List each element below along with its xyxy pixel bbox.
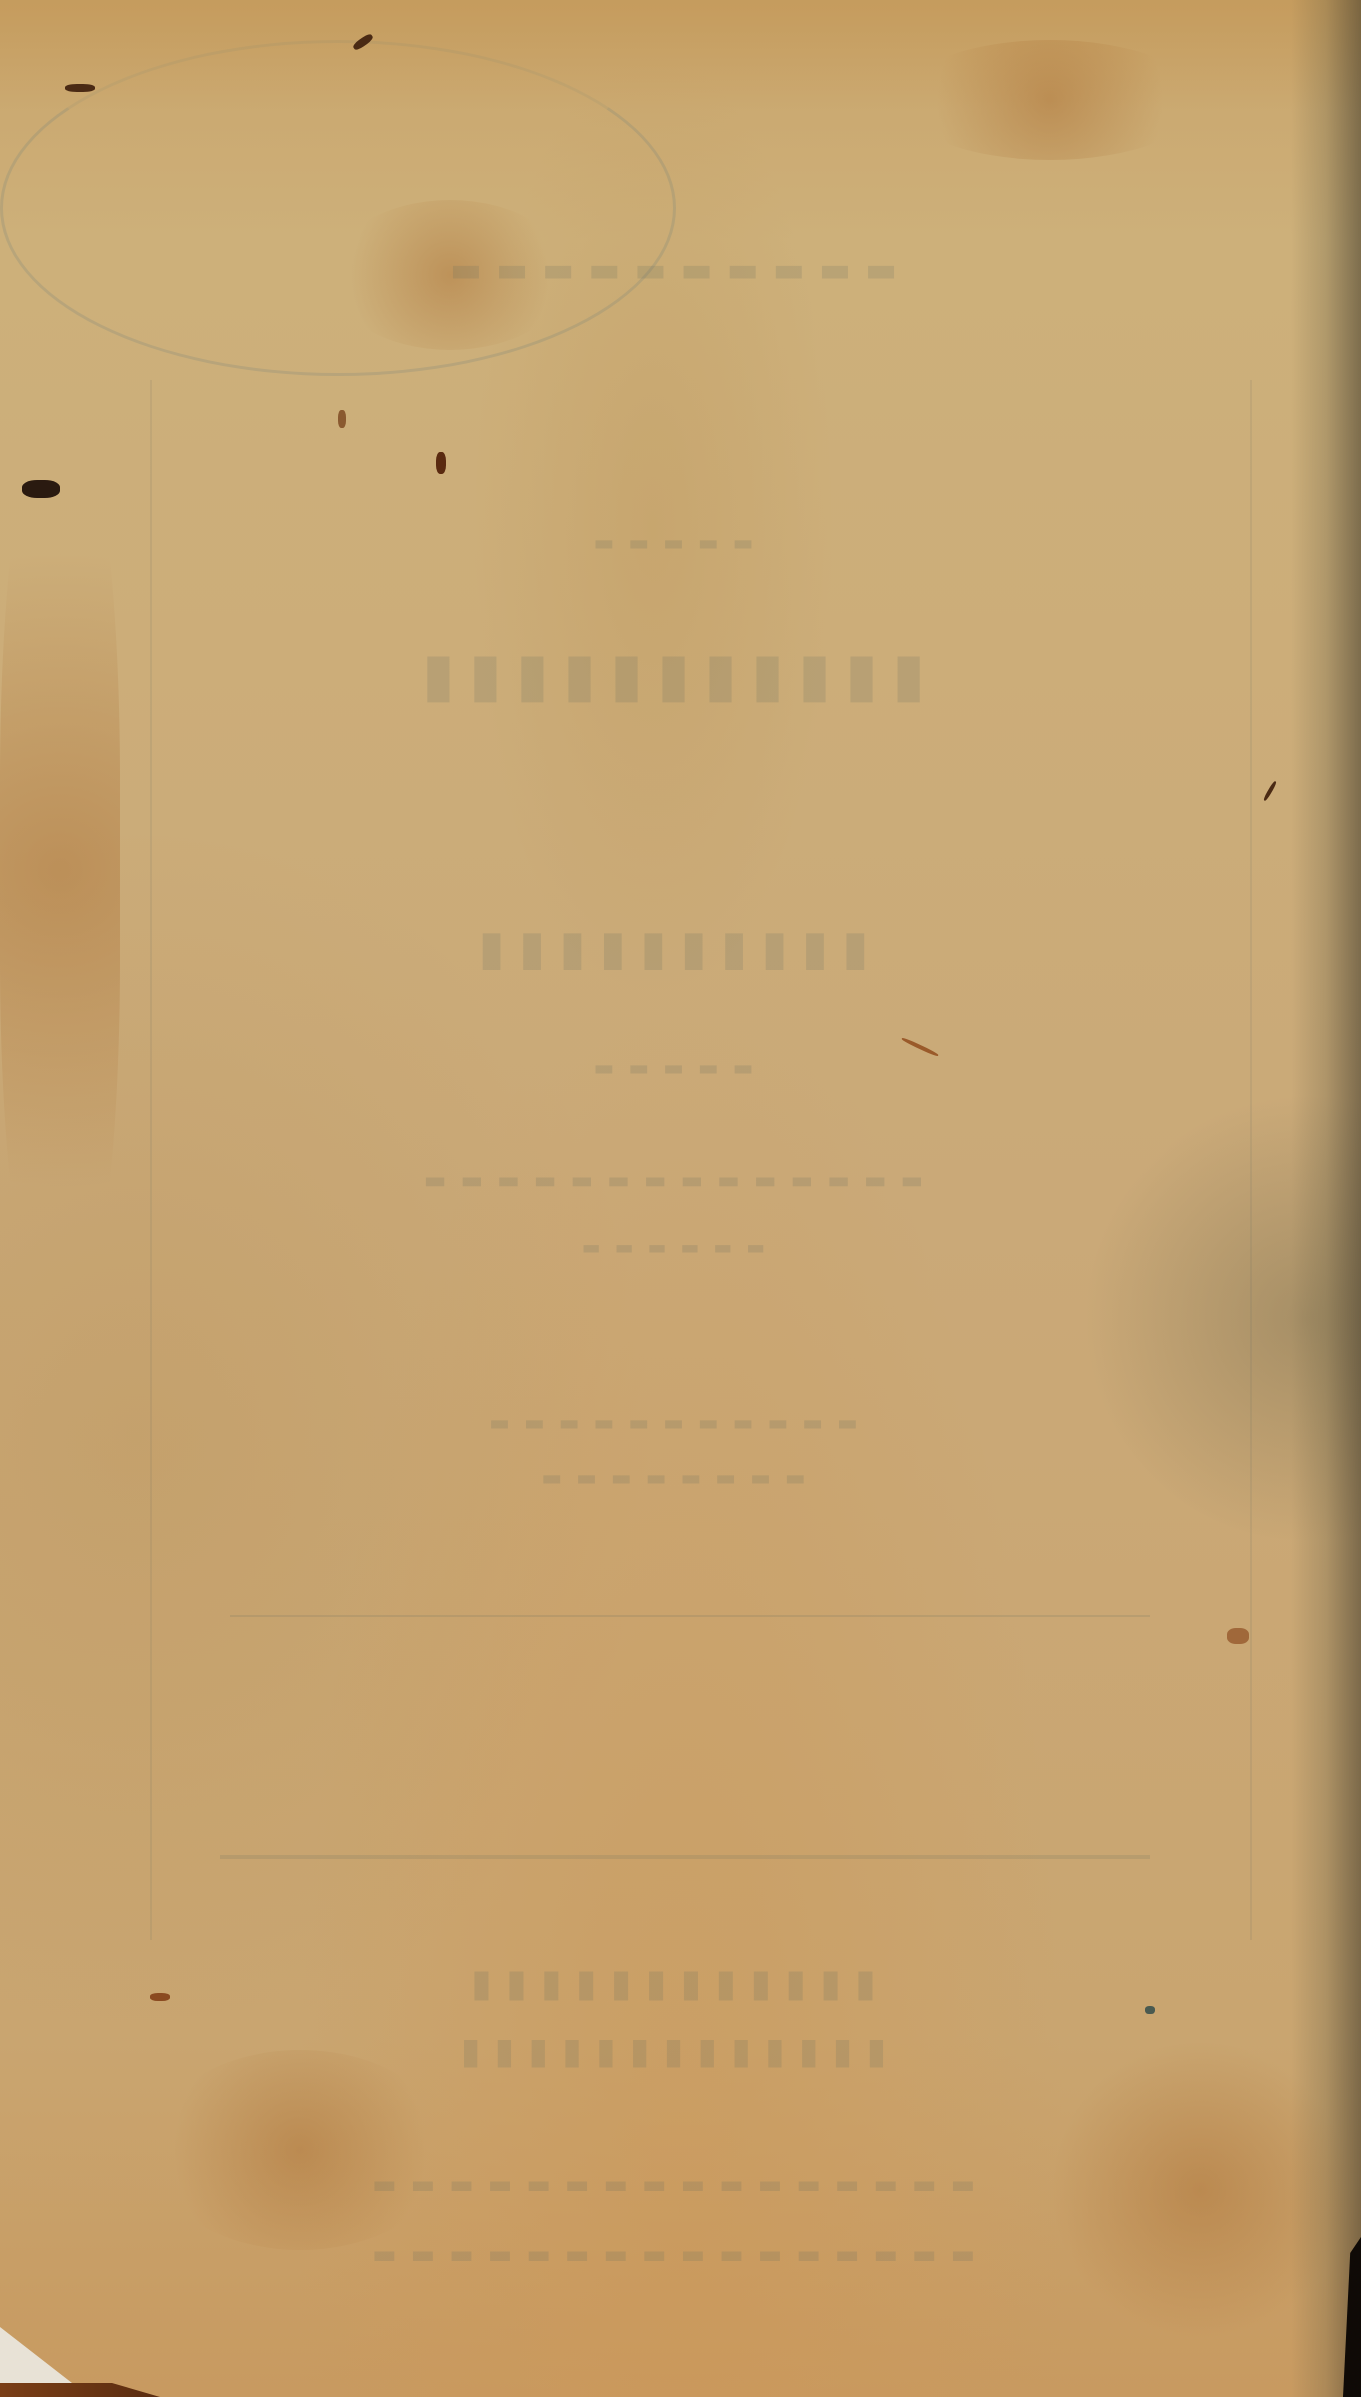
paper-speck <box>1227 1628 1249 1644</box>
show-through-line: ▮▮▮▮▮▮▮▮▮▮▮ <box>422 640 939 710</box>
paper-speck <box>22 480 60 498</box>
show-through-line: ▮▮▮▮▮▮▮▮▮▮ <box>478 920 882 976</box>
foxing-stain <box>150 2050 450 2250</box>
show-through-rule <box>220 1855 1150 1859</box>
show-through-line: ▬▬▬▬▬▬▬▬▬▬▬▬▬▬▬▬ <box>372 2170 989 2200</box>
paper-speck <box>338 410 346 428</box>
show-through-line: ▬▬▬▬▬▬▬▬▬▬▬▬▬▬▬▬ <box>372 2240 989 2270</box>
show-through-frame-right <box>1250 380 1252 1940</box>
show-through-frame-left <box>150 380 152 1940</box>
foxing-stain <box>900 40 1200 160</box>
show-through-line: ▬▬▬▬▬▬▬▬▬▬▬ <box>489 1410 872 1436</box>
show-through-line: ▮▮▮▮▮▮▮▮▮▮▮▮▮ <box>461 2030 901 2072</box>
paper-speck <box>1145 2006 1155 2014</box>
show-through-line: ▬▬▬▬▬▬▬▬ <box>541 1465 819 1491</box>
show-through-line: ▬▬▬▬▬▬▬▬▬▬ <box>450 250 911 290</box>
show-through-line: ▬▬▬▬▬▬▬▬▬▬▬▬▬▬ <box>424 1165 937 1194</box>
show-through-line: ▬▬▬▬▬ <box>594 1055 768 1081</box>
paper-speck <box>901 1037 939 1058</box>
show-through-stamp-ring <box>0 40 676 376</box>
binding-strip <box>0 2383 160 2397</box>
paper-speck <box>436 452 446 474</box>
paper-page: ▬▬▬▬▬▬▬▬▬▬ ▬▬▬▬▬ ▮▮▮▮▮▮▮▮▮▮▮ ▮▮▮▮▮▮▮▮▮▮ … <box>0 0 1361 2397</box>
show-through-line: ▮▮▮▮▮▮▮▮▮▮▮▮ <box>471 1960 890 2005</box>
show-through-line: ▬▬▬▬▬▬ <box>582 1235 779 1259</box>
paper-speck <box>150 1993 170 2001</box>
paper-speck <box>65 84 95 92</box>
show-through-rule <box>230 1615 1150 1617</box>
foxing-stain <box>0 420 120 1320</box>
show-through-line: ▬▬▬▬▬ <box>594 530 768 556</box>
right-page-edge-shadow <box>1291 0 1361 2397</box>
paper-speck <box>1263 780 1277 801</box>
